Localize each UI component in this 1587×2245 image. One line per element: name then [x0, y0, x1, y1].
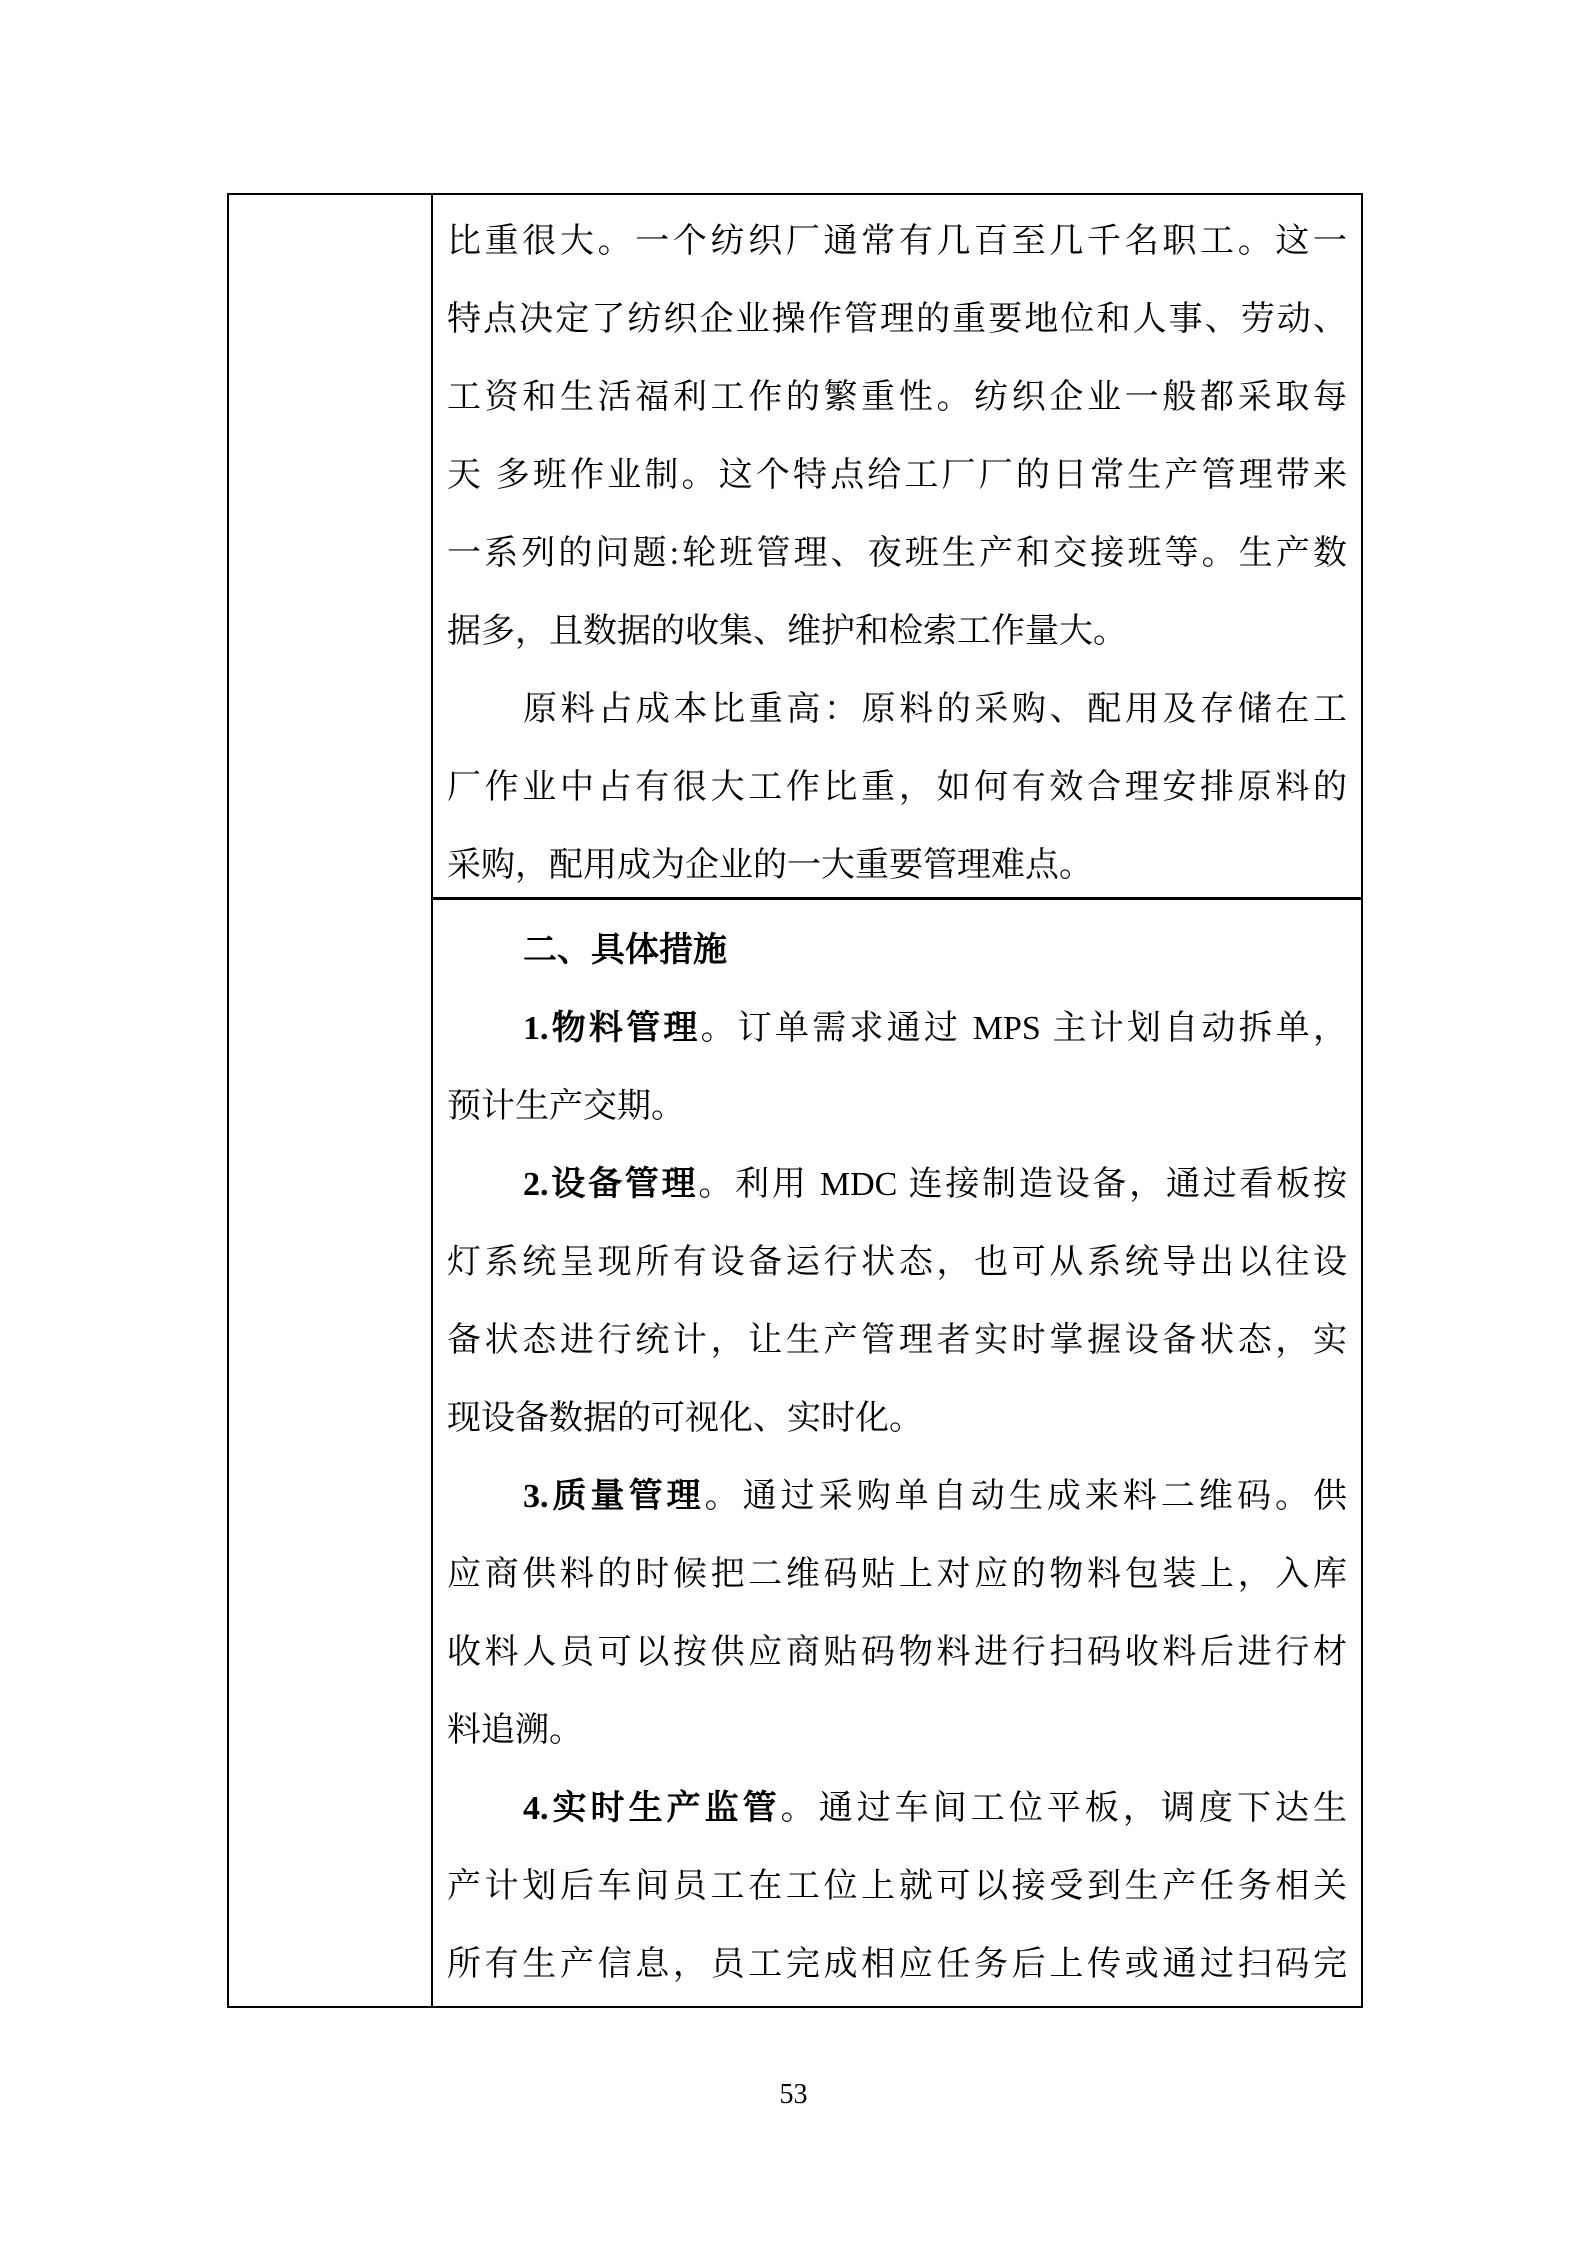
text-line: 工资和生活福利工作的繁重性。纺织企业一般都采取每 — [447, 359, 1347, 437]
text-run: 特点决定了纺织企业操作管理的重要地位和人事、劳动、 — [447, 301, 1347, 338]
text-run: 采购，配用成为企业的一大重要管理难点。 — [447, 847, 1093, 884]
page-number: 53 — [0, 2078, 1587, 2112]
text-line: 灯系统呈现所有设备运行状态，也可从系统导出以往设 — [447, 1224, 1347, 1302]
text-line: 现设备数据的可视化、实时化。 — [447, 1380, 1347, 1458]
text-run: 应商供料的时候把二维码贴上对应的物料包装上，入库 — [447, 1556, 1347, 1593]
text-line: 天 多班作业制。这个特点给工厂厂的日常生产管理带来 — [447, 437, 1347, 515]
text-run-bold: 1.物料管理 — [523, 1010, 701, 1047]
text-line: 3.质量管理。通过采购单自动生成来料二维码。供 — [447, 1458, 1347, 1536]
text-line: 特点决定了纺织企业操作管理的重要地位和人事、劳动、 — [447, 281, 1347, 359]
text-line: 所有生产信息，员工完成相应任务后上传或通过扫码完 — [447, 1926, 1347, 2004]
text-run: 。通过车间工位平板，调度下达生 — [781, 1790, 1347, 1827]
text-run: 预计生产交期。 — [447, 1088, 685, 1125]
text-run: 一系列的问题:轮班管理、夜班生产和交接班等。生产数 — [447, 535, 1347, 572]
text-run: 厂作业中占有很大工作比重，如何有效合理安排原料的 — [447, 769, 1347, 806]
text-run-bold: 3.质量管理 — [523, 1478, 705, 1515]
text-run: 料追溯。 — [447, 1712, 583, 1749]
text-run: 。通过采购单自动生成来料二维码。供 — [705, 1478, 1347, 1515]
content-table: 比重很大。一个纺织厂通常有几百至几千名职工。这一 特点决定了纺织企业操作管理的重… — [227, 193, 1363, 2008]
text-run-bold: 2.设备管理 — [523, 1166, 698, 1203]
text-run: 天 多班作业制。这个特点给工厂厂的日常生产管理带来 — [447, 457, 1347, 494]
text-line: 2.设备管理。利用 MDC 连接制造设备，通过看板按 — [447, 1146, 1347, 1224]
text-run: 工资和生活福利工作的繁重性。纺织企业一般都采取每 — [447, 379, 1347, 416]
text-run: 比重很大。一个纺织厂通常有几百至几千名职工。这一 — [447, 223, 1347, 260]
text-line: 比重很大。一个纺织厂通常有几百至几千名职工。这一 — [447, 203, 1347, 281]
text-line: 厂作业中占有很大工作比重，如何有效合理安排原料的 — [447, 749, 1347, 827]
text-run: 现设备数据的可视化、实时化。 — [447, 1400, 923, 1437]
text-run: 所有生产信息，员工完成相应任务后上传或通过扫码完 — [447, 1946, 1347, 1983]
text-run: 原料占成本比重高：原料的采购、配用及存储在工 — [523, 691, 1347, 728]
text-line: 应商供料的时候把二维码贴上对应的物料包装上，入库 — [447, 1536, 1347, 1614]
table-right-column: 比重很大。一个纺织厂通常有几百至几千名职工。这一 特点决定了纺织企业操作管理的重… — [433, 195, 1361, 2006]
text-line: 4.实时生产监管。通过车间工位平板，调度下达生 — [447, 1770, 1347, 1848]
text-line: 备状态进行统计，让生产管理者实时掌握设备状态，实 — [447, 1302, 1347, 1380]
text-line: 预计生产交期。 — [447, 1068, 1347, 1146]
text-run: 收料人员可以按供应商贴码物料进行扫码收料后进行材 — [447, 1634, 1347, 1671]
section-heading: 二、具体措施 — [447, 912, 1347, 990]
text-run-bold: 4.实时生产监管 — [523, 1790, 781, 1827]
text-run: 。订单需求通过 MPS 主计划自动拆单， — [701, 1010, 1347, 1047]
table-cell-label — [229, 195, 433, 2006]
text-run-bold: 二、具体措施 — [523, 932, 727, 969]
text-run: 据多，且数据的收集、维护和检索工作量大。 — [447, 613, 1127, 650]
text-line: 据多，且数据的收集、维护和检索工作量大。 — [447, 593, 1347, 671]
text-line: 一系列的问题:轮班管理、夜班生产和交接班等。生产数 — [447, 515, 1347, 593]
table-cell-row1: 比重很大。一个纺织厂通常有几百至几千名职工。这一 特点决定了纺织企业操作管理的重… — [433, 195, 1361, 900]
text-line: 收料人员可以按供应商贴码物料进行扫码收料后进行材 — [447, 1614, 1347, 1692]
text-run: 。利用 MDC 连接制造设备，通过看板按 — [698, 1166, 1347, 1203]
text-line: 料追溯。 — [447, 1692, 1347, 1770]
text-run: 产计划后车间员工在工位上就可以接受到生产任务相关 — [447, 1868, 1347, 1905]
text-run: 备状态进行统计，让生产管理者实时掌握设备状态，实 — [447, 1322, 1347, 1359]
text-run: 灯系统呈现所有设备运行状态，也可从系统导出以往设 — [447, 1244, 1347, 1281]
text-line: 产计划后车间员工在工位上就可以接受到生产任务相关 — [447, 1848, 1347, 1926]
text-line: 原料占成本比重高：原料的采购、配用及存储在工 — [447, 671, 1347, 749]
text-line: 1.物料管理。订单需求通过 MPS 主计划自动拆单， — [447, 990, 1347, 1068]
text-line: 采购，配用成为企业的一大重要管理难点。 — [447, 827, 1347, 905]
table-cell-row2: 二、具体措施 1.物料管理。订单需求通过 MPS 主计划自动拆单， 预计生产交期… — [433, 900, 1361, 2006]
